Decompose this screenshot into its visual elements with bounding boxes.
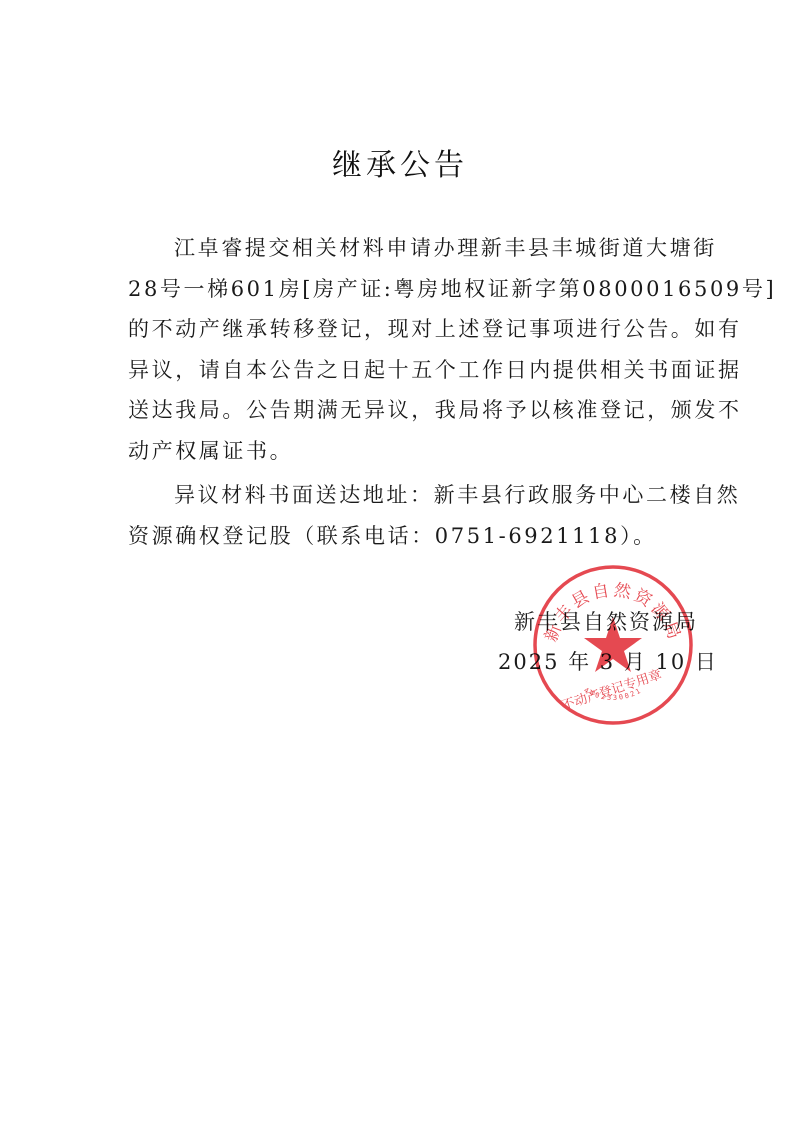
document-body: 江卓睿提交相关材料申请办理新丰县丰城街道大塘街 28号一梯601房[房产证:粤房…: [128, 228, 688, 556]
text-line: 异议，请自本公告之日起十五个工作日内提供相关书面证据: [128, 350, 688, 391]
text-line: 资源确权登记股（联系电话：0751-6921118）。: [128, 516, 688, 557]
official-seal-stamp: 新丰县自然资源局 不动产登记专用章 4402330021: [530, 562, 696, 728]
paragraph-objection-address: 异议材料书面送达地址：新丰县行政服务中心二楼自然 资源确权登记股（联系电话：07…: [128, 475, 688, 556]
text-line: 江卓睿提交相关材料申请办理新丰县丰城街道大塘街: [128, 228, 688, 269]
text-line: 动产权属证书。: [128, 431, 688, 472]
stamp-bottom-text: 不动产登记专用章: [560, 667, 664, 714]
text-line: 送达我局。公告期满无异议，我局将予以核准登记，颁发不: [128, 390, 688, 431]
text-line: 的不动产继承转移登记，现对上述登记事项进行公告。如有: [128, 309, 688, 350]
paragraph-notice: 江卓睿提交相关材料申请办理新丰县丰城街道大塘街 28号一梯601房[房产证:粤房…: [128, 228, 688, 471]
text-line: 28号一梯601房[房产证:粤房地权证新字第0800016509号]: [128, 269, 688, 310]
document-page: 继承公告 江卓睿提交相关材料申请办理新丰县丰城街道大塘街 28号一梯601房[房…: [0, 0, 800, 1131]
star-icon: [584, 617, 642, 672]
document-title: 继承公告: [0, 140, 800, 184]
text-line: 异议材料书面送达地址：新丰县行政服务中心二楼自然: [128, 475, 688, 516]
